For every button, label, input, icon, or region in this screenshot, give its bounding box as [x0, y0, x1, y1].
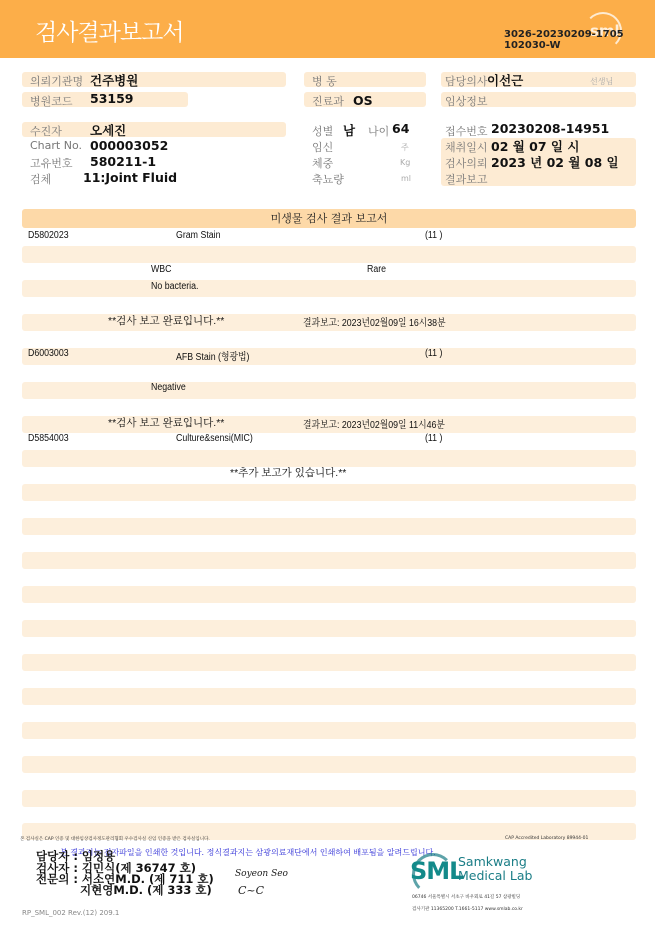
hospital-code-value: 53159: [90, 91, 134, 106]
status-text: **검사 보고 완료입니다.**: [108, 415, 224, 430]
clinical-label: 임상정보: [445, 93, 488, 109]
specialist-2: 지현영M.D. (제 333 호): [80, 884, 212, 896]
urine-label: 축뇨량: [312, 171, 344, 187]
dept-value: OS: [353, 93, 373, 108]
result-item: WBC: [151, 264, 172, 275]
doctor-value: 이선근: [487, 71, 523, 89]
row-stripe: [22, 654, 636, 671]
test-specimen: (11 ): [425, 433, 442, 444]
test-specimen: (11 ): [425, 348, 442, 359]
row-stripe: [22, 484, 636, 501]
test-specimen: (11 ): [425, 230, 442, 241]
row-stripe: [22, 280, 636, 297]
institution-label: 의뢰기관명: [30, 73, 83, 89]
doctor-label: 담당의사: [445, 73, 488, 89]
collected-label: 채취일시: [445, 139, 488, 155]
row-stripe: [22, 756, 636, 773]
sex-value: 남: [343, 121, 355, 139]
test-code: D6003003: [28, 348, 69, 359]
test-code: D5854003: [28, 433, 69, 444]
sml-mark: SML: [410, 857, 463, 885]
row-stripe: [22, 552, 636, 569]
receipt-label: 접수번호: [445, 123, 488, 139]
row-stripe: [22, 688, 636, 705]
requested-value: 2023 년 02 월 08 일: [491, 153, 619, 171]
weight-unit: Kg: [400, 158, 410, 167]
document-number: 3026-20230209-1705 102030-W: [504, 29, 624, 51]
section-title: 미생물 검사 결과 보고서: [22, 209, 636, 228]
test-name: Gram Stain: [176, 230, 221, 241]
id-label: 고유번호: [30, 155, 73, 171]
reported-label: 결과보고: [445, 171, 488, 187]
notice-text: 본 결과지는 전자파일을 인쇄한 것입니다. 정식결과지는 삼광의료재단에서 인…: [60, 847, 436, 858]
status-text: **검사 보고 완료입니다.**: [108, 313, 224, 328]
status-text: **추가 보고가 있습니다.**: [230, 465, 346, 480]
result-item: Negative: [151, 382, 186, 393]
report-time: 결과보고: 2023년02월09일 16시38분: [303, 314, 446, 329]
test-name: Culture&sensi(MIC): [176, 433, 253, 444]
hospital-code-label: 병원코드: [30, 93, 73, 109]
institution-value: 건주병원: [90, 71, 138, 89]
specimen-value: 11:Joint Fluid: [83, 170, 177, 185]
weight-label: 체중: [312, 155, 333, 171]
age-value: 64: [392, 121, 409, 136]
result-item: No bacteria.: [151, 281, 198, 292]
doctor-suffix: 선생님: [590, 76, 613, 87]
certification-text: 본 검사실은 CAP 인증 및 대한임상검사정도관리협회 우수검사실 신임 인증…: [20, 836, 210, 842]
row-stripe: [22, 348, 636, 365]
revision: RP_SML_002 Rev.(12) 209.1: [22, 909, 119, 917]
urine-unit: ml: [401, 174, 411, 183]
dept-label: 진료과: [312, 93, 344, 109]
patient-label: 수진자: [30, 123, 62, 139]
report-header: 검사결과보고서 sml 3026-20230209-1705 102030-W: [0, 0, 655, 58]
sex-label: 성별: [312, 123, 333, 139]
test-code: D5802023: [28, 230, 69, 241]
chart-no-value: 000003052: [90, 138, 168, 153]
cap-text: CAP Accredited Laboratory 89944-01: [505, 836, 588, 841]
report-title: 검사결과보고서: [35, 14, 184, 47]
report-time: 결과보고: 2023년02월09일 11시46분: [303, 416, 445, 431]
patient-value: 오세진: [90, 121, 126, 139]
row-stripe: [22, 722, 636, 739]
receipt-value: 20230208-14951: [491, 121, 609, 136]
pregnancy-unit: 주: [401, 142, 409, 153]
test-name: AFB Stain (형광법): [176, 348, 249, 363]
result-value: Rare: [367, 264, 386, 275]
row-stripe: [22, 620, 636, 637]
chart-no-label: Chart No.: [30, 139, 82, 152]
ward-label: 병 동: [312, 73, 337, 89]
address: 06746 서울특별시 서초구 바우뫼로 41길 57 삼광빌딩: [412, 894, 520, 900]
id-value: 580211-1: [90, 154, 156, 169]
signature-1: Soyeon Seo: [235, 869, 288, 879]
org-name: Samkwang Medical Lab: [458, 855, 532, 883]
row-stripe: [22, 790, 636, 807]
row-stripe: [22, 246, 636, 263]
signature-2: C~C: [238, 884, 264, 897]
pregnancy-label: 임신: [312, 139, 333, 155]
age-label: 나이: [368, 123, 389, 139]
requested-label: 검사의뢰: [445, 155, 488, 171]
specimen-label: 검체: [30, 171, 51, 187]
row-stripe: [22, 518, 636, 535]
row-stripe: [22, 382, 636, 399]
row-stripe: [22, 586, 636, 603]
contact: 검사기관 11365200 T.1661-5117 www.smlab.co.k…: [412, 906, 523, 912]
